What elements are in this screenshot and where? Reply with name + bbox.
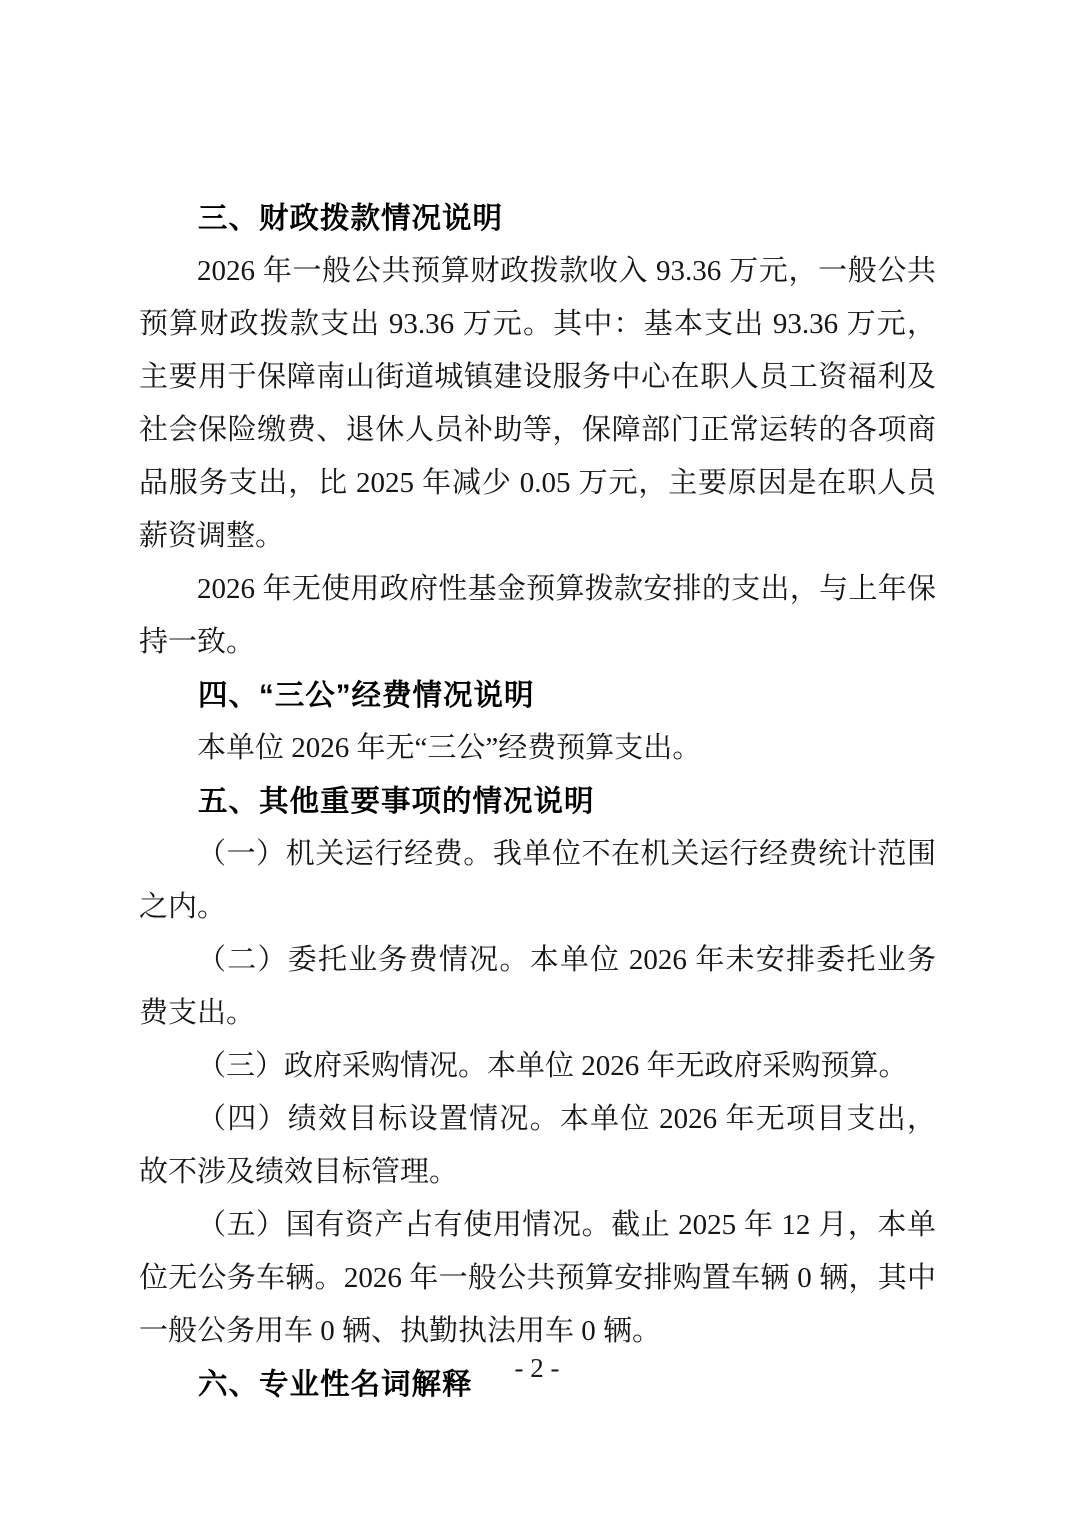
paragraph-item-5-state-owned-assets: （五）国有资产占有使用情况。截止 2025 年 12 月，本单位无公务车辆。20… xyxy=(139,1199,936,1358)
document-content: 三、财政拨款情况说明 2026 年一般公共预算财政拨款收入 93.36 万元，一… xyxy=(139,192,936,1411)
section-heading-fiscal-appropriation: 三、财政拨款情况说明 xyxy=(139,192,936,245)
document-page: 三、财政拨款情况说明 2026 年一般公共预算财政拨款收入 93.36 万元，一… xyxy=(0,0,1074,1520)
paragraph-fiscal-appropriation-detail: 2026 年一般公共预算财政拨款收入 93.36 万元，一般公共预算财政拨款支出… xyxy=(139,245,936,563)
section-heading-three-public-expenses: 四、“三公”经费情况说明 xyxy=(139,669,936,722)
paragraph-government-fund: 2026 年无使用政府性基金预算拨款安排的支出，与上年保持一致。 xyxy=(139,563,936,669)
paragraph-three-public-expenses: 本单位 2026 年无“三公”经费预算支出。 xyxy=(139,722,936,775)
page-number: - 2 - xyxy=(515,1353,560,1383)
section-heading-other-important-matters: 五、其他重要事项的情况说明 xyxy=(139,775,936,828)
paragraph-item-4-performance-targets: （四）绩效目标设置情况。本单位 2026 年无项目支出，故不涉及绩效目标管理。 xyxy=(139,1093,936,1199)
paragraph-item-1-operating-funds: （一）机关运行经费。我单位不在机关运行经费统计范围之内。 xyxy=(139,828,936,934)
paragraph-item-3-government-procurement: （三）政府采购情况。本单位 2026 年无政府采购预算。 xyxy=(139,1040,936,1093)
paragraph-item-2-entrusted-business-fee: （二）委托业务费情况。本单位 2026 年未安排委托业务费支出。 xyxy=(139,934,936,1040)
page-footer: - 2 - xyxy=(0,1348,1074,1388)
